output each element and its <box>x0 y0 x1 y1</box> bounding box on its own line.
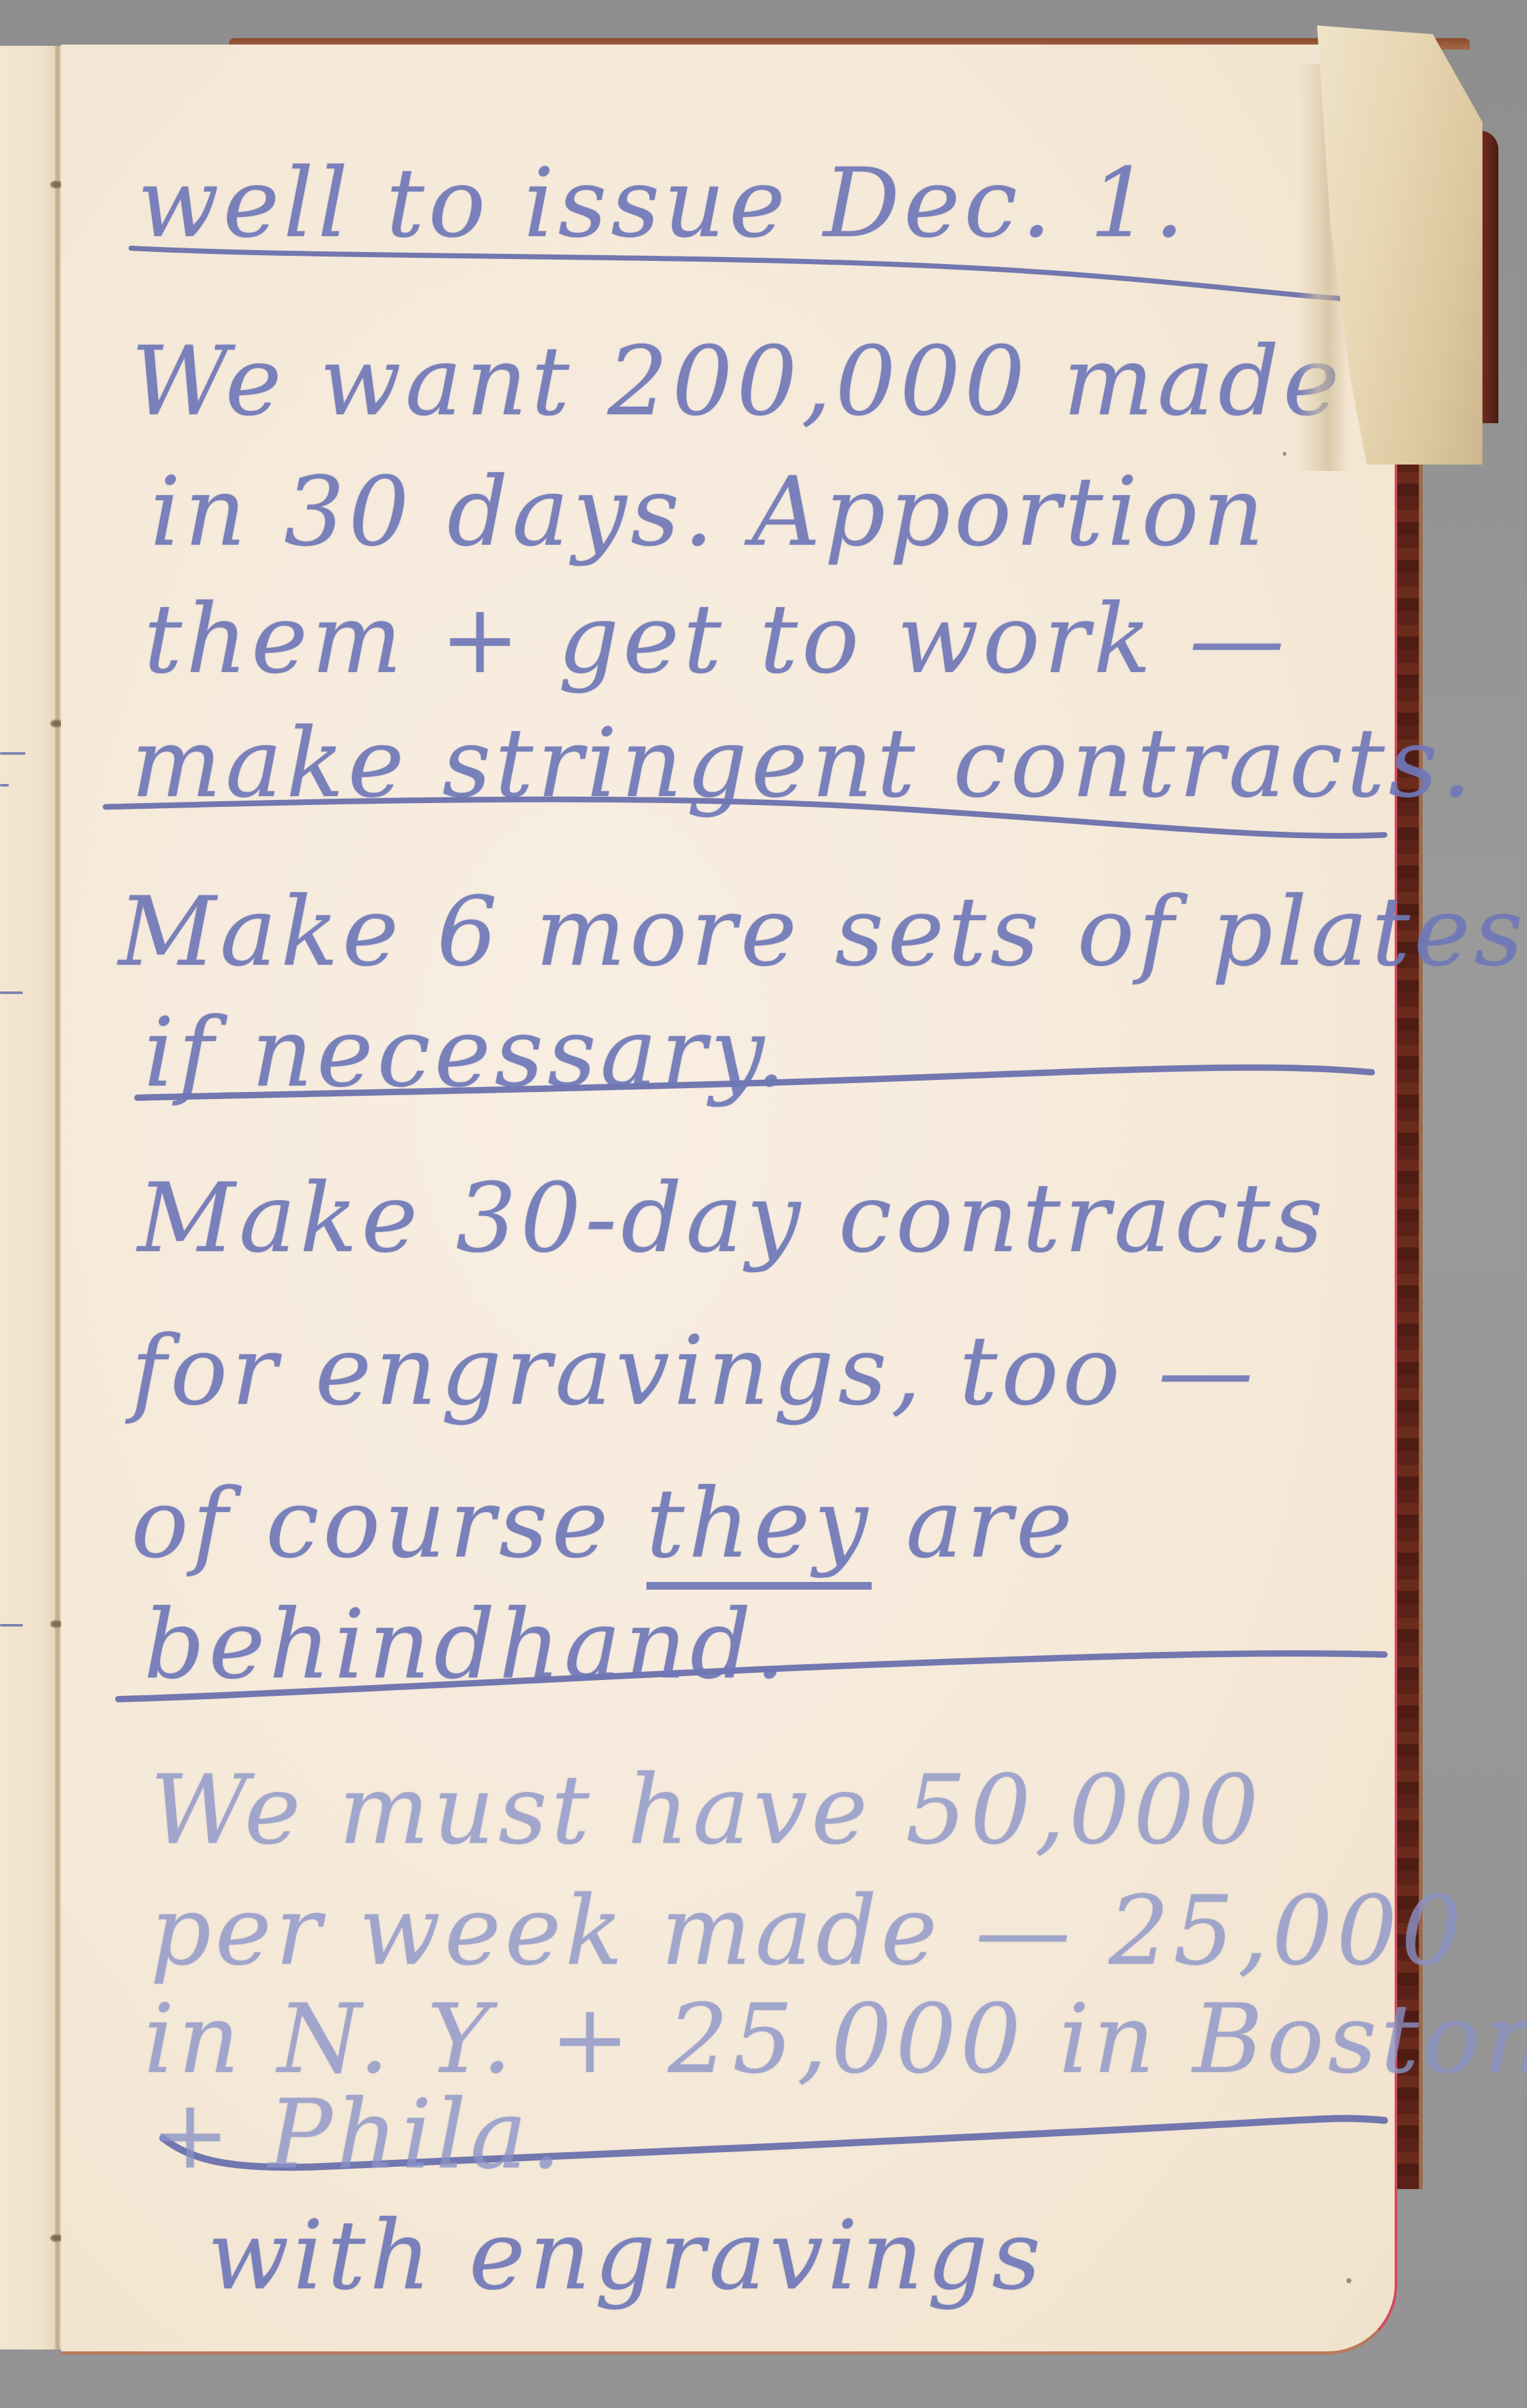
entry-5-line-2: per week made — 25,000 <box>150 1884 1465 1979</box>
entry-2-line-1: We want 200,000 made <box>131 334 1343 430</box>
entry-4-line-3: of course they are <box>131 1476 1077 1572</box>
entry-2-line-4: make stringent contracts. <box>131 716 1475 811</box>
entry-5-line-1: We must have 50,000 <box>150 1763 1262 1858</box>
book-gutter <box>55 46 61 2349</box>
entry-6-line-1: with engravings <box>207 2208 1045 2304</box>
entry-3-line-1: Make 6 more sets of plates <box>118 885 1527 980</box>
paper-speck <box>1283 452 1286 456</box>
entry-5-line-3: in N. Y. + 25,000 in Boston <box>144 1992 1527 2087</box>
stray-mark <box>0 991 23 994</box>
entry-2-line-2: in 30 days. Apportion <box>150 465 1268 560</box>
entry-3-line-2: if necessary. <box>144 1005 790 1101</box>
paper-speck <box>1346 2278 1351 2283</box>
entry-2-line-3: them + get to work — <box>144 592 1288 687</box>
entry-4-text-they-underlined: they <box>646 1469 872 1590</box>
stray-mark <box>0 752 25 755</box>
entry-5-line-4: + Phila. <box>150 2087 565 2183</box>
entry-4-line-2: for engravings, too — <box>131 1324 1257 1419</box>
divider-1 <box>131 248 1372 300</box>
entry-4-line-4: behindhand. <box>144 1597 789 1693</box>
notebook-page: well to issue Dec. 1. We want 200,000 ma… <box>61 45 1397 2355</box>
entry-4-text-are: are <box>906 1469 1077 1579</box>
entry-4-text-of-course: of course <box>131 1469 612 1579</box>
entry-4-line-1: Make 30-day contracts <box>137 1171 1327 1266</box>
facing-page-edge <box>0 46 59 2349</box>
stray-mark <box>0 1624 23 1627</box>
stray-mark <box>0 784 9 787</box>
